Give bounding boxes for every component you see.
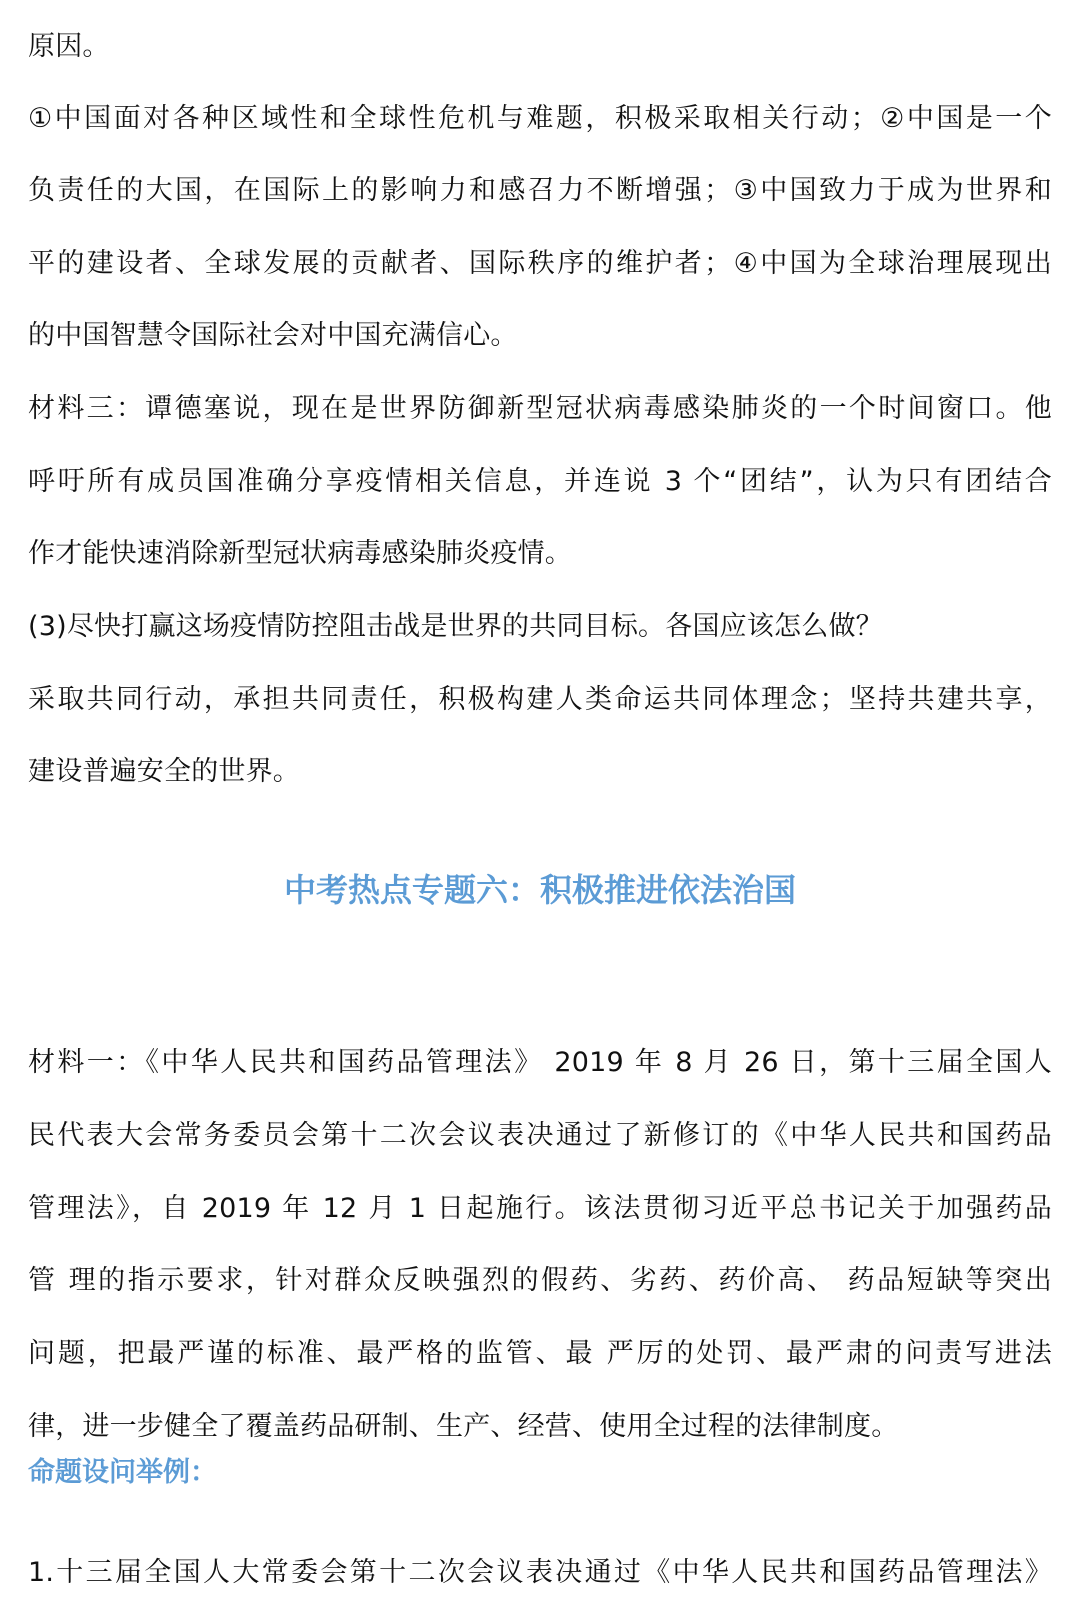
question-examples-heading: 命题设问举例： bbox=[28, 1455, 217, 1491]
paragraph-line: 管 理的指示要求，针对群众反映强烈的假药、劣药、药价高、 药品短缺等突出 bbox=[28, 1263, 1052, 1299]
paragraph-line: 的中国智慧令国际社会对中国充满信心。 bbox=[28, 318, 1052, 354]
question-line: 1.十三届全国人大常委会第十二次会议表决通过《中华人民共和国药品管理法》 bbox=[28, 1555, 1052, 1591]
paragraph-line: 律，进一步健全了覆盖药品研制、生产、经营、使用全过程的法律制度。 bbox=[28, 1409, 1052, 1445]
answer-line: 采取共同行动，承担共同责任，积极构建人类命运共同体理念；坚持共建共享， bbox=[28, 682, 1052, 718]
paragraph-line: 原因。 bbox=[28, 29, 1052, 65]
paragraph-line: 民代表大会常务委员会第十二次会议表决通过了新修订的《中华人民共和国药品 bbox=[28, 1118, 1052, 1154]
paragraph-line: 材料一：《中华人民共和国药品管理法》 2019 年 8 月 26 日，第十三届全… bbox=[28, 1045, 1052, 1081]
paragraph-line: 平的建设者、全球发展的贡献者、国际秩序的维护者；④中国为全球治理展现出 bbox=[28, 246, 1052, 282]
paragraph-line: ①中国面对各种区域性和全球性危机与难题，积极采取相关行动；②中国是一个 bbox=[28, 101, 1052, 137]
paragraph-line: 负责任的大国，在国际上的影响力和感召力不断增强；③中国致力于成为世界和 bbox=[28, 173, 1052, 209]
paragraph-line: 呼吁所有成员国准确分享疫情相关信息，并连说 3 个“团结”，认为只有团结合 bbox=[28, 464, 1052, 500]
paragraph-line: 作才能快速消除新型冠状病毒感染肺炎疫情。 bbox=[28, 536, 1052, 572]
answer-line: 建设普遍安全的世界。 bbox=[28, 754, 1052, 790]
question-line: (3)尽快打赢这场疫情防控阻击战是世界的共同目标。各国应该怎么做？ bbox=[28, 609, 1052, 645]
paragraph-line: 材料三：谭德塞说，现在是世界防御新型冠状病毒感染肺炎的一个时间窗口。他 bbox=[28, 391, 1052, 427]
paragraph-line: 管理法》，自 2019 年 12 月 1 日起施行。该法贯彻习近平总书记关于加强… bbox=[28, 1191, 1052, 1227]
section-title: 中考热点专题六：积极推进依法治国 bbox=[0, 870, 1080, 910]
paragraph-line: 问题，把最严谨的标准、最严格的监管、最 严厉的处罚、最严肃的问责写进法 bbox=[28, 1336, 1052, 1372]
